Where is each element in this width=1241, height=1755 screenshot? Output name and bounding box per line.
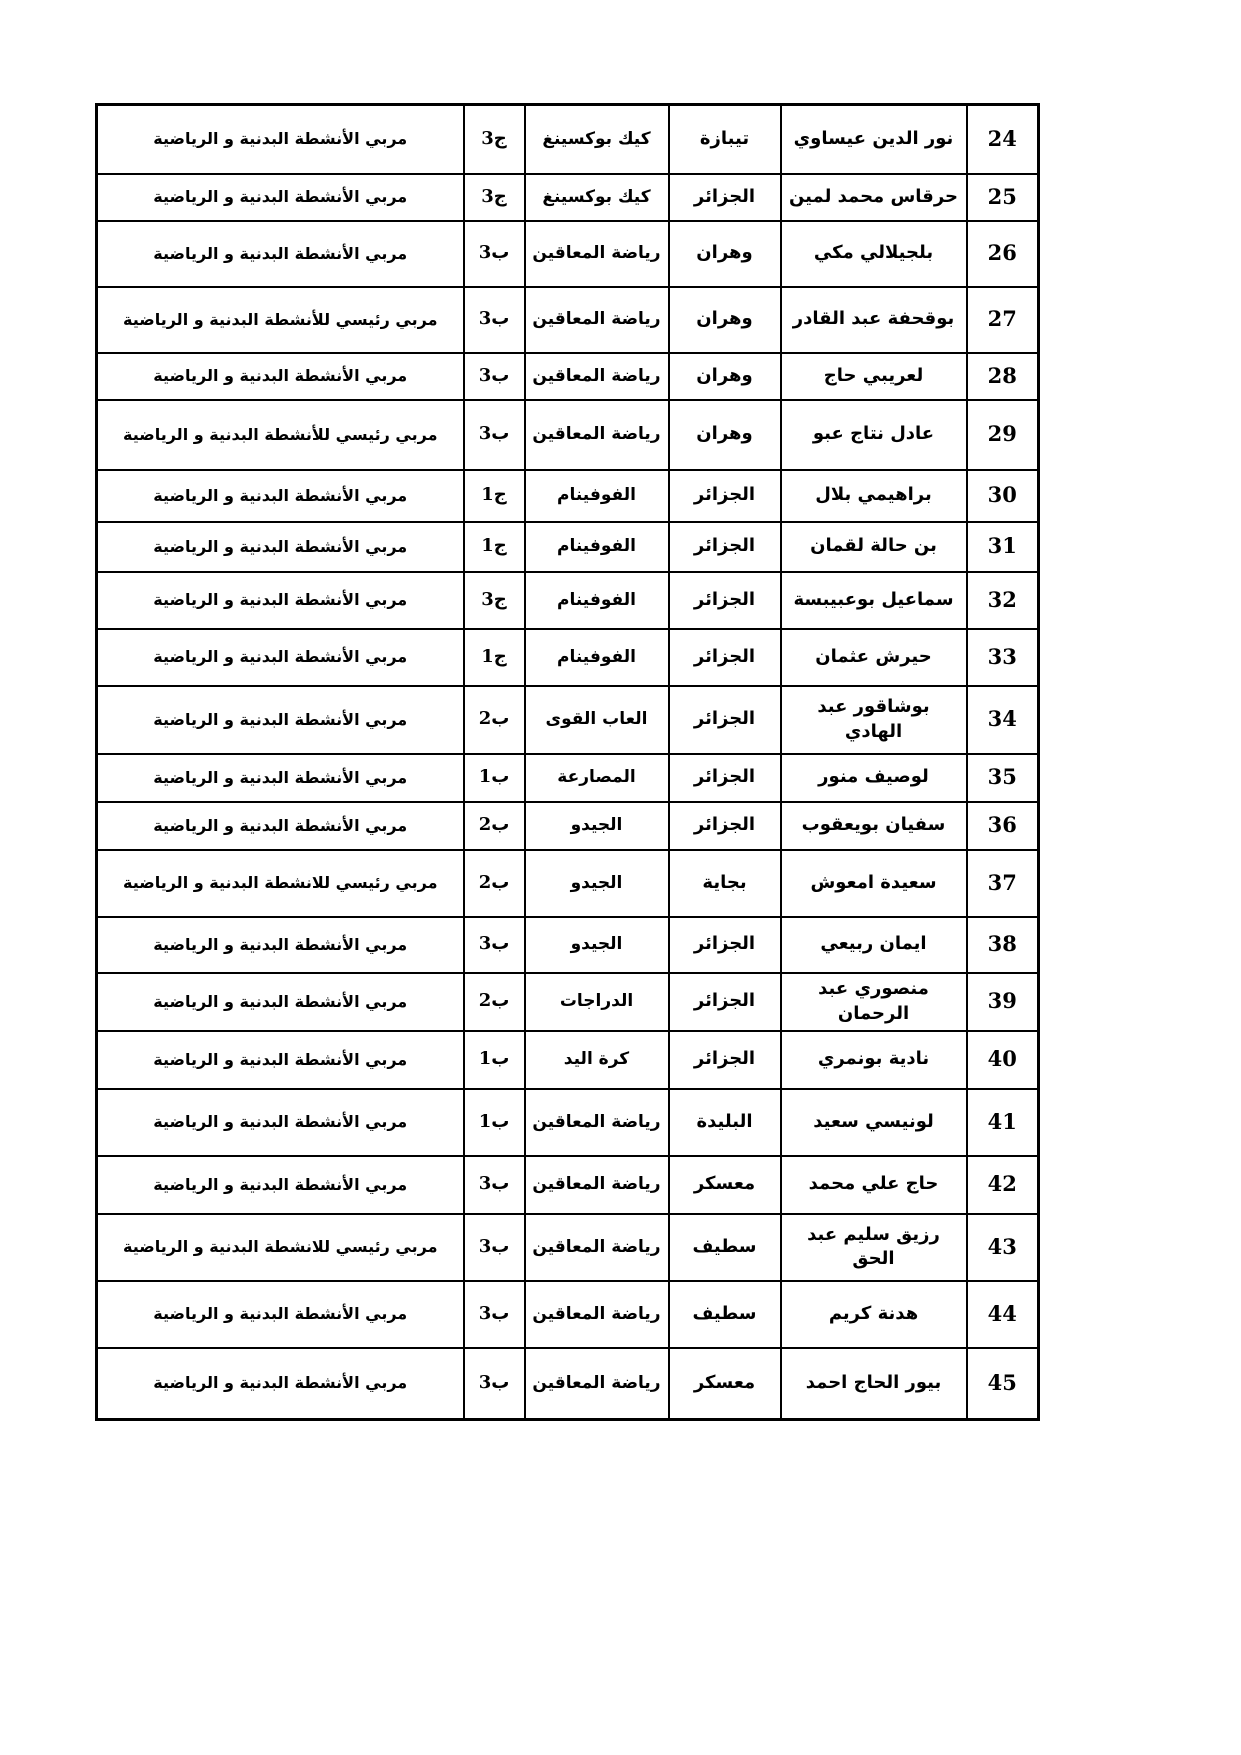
table-row: 33 حيرش عثمان الجزائر الفوفينام ج1 مربي …: [97, 629, 1039, 686]
grade-cell: ج1: [464, 470, 525, 522]
job-title-cell: مربي الأنشطة البدنية و الرياضية: [97, 572, 464, 629]
sport-cell: الدراجات: [525, 973, 669, 1031]
name-cell: نادية بونمري: [781, 1031, 967, 1089]
sport-cell: رياضة المعاقين: [525, 1156, 669, 1214]
wilaya-cell: تيبازة: [669, 105, 781, 174]
name-cell: منصوري عبد الرحمان: [781, 973, 967, 1031]
row-number-cell: 26: [967, 221, 1039, 287]
wilaya-cell: الجزائر: [669, 1031, 781, 1089]
name-cell: سفيان بويعقوب: [781, 802, 967, 850]
row-number-cell: 45: [967, 1348, 1039, 1420]
sport-cell: الفوفينام: [525, 572, 669, 629]
sport-cell: الجيدو: [525, 802, 669, 850]
job-title-cell: مربي الأنشطة البدنية و الرياضية: [97, 802, 464, 850]
job-title-cell: مربي الأنشطة البدنية و الرياضية: [97, 353, 464, 400]
wilaya-cell: الجزائر: [669, 470, 781, 522]
wilaya-cell: الجزائر: [669, 802, 781, 850]
job-title-cell: مربي رئيسي للانشطة البدنية و الرياضية: [97, 1214, 464, 1281]
row-number-cell: 34: [967, 686, 1039, 754]
row-number-cell: 43: [967, 1214, 1039, 1281]
grade-cell: ب3: [464, 1281, 525, 1348]
sport-cell: رياضة المعاقين: [525, 1089, 669, 1156]
grade-cell: ج3: [464, 572, 525, 629]
document-page: 24 نور الدين عيساوي تيبازة كيك بوكسينغ ج…: [0, 0, 1241, 1755]
job-title-cell: مربي الأنشطة البدنية و الرياضية: [97, 973, 464, 1031]
wilaya-cell: الجزائر: [669, 629, 781, 686]
job-title-cell: مربي الأنشطة البدنية و الرياضية: [97, 522, 464, 572]
grade-cell: ب3: [464, 1214, 525, 1281]
row-number-cell: 33: [967, 629, 1039, 686]
sport-cell: المصارعة: [525, 754, 669, 802]
name-cell: براهيمي بلال: [781, 470, 967, 522]
sport-cell: الفوفينام: [525, 629, 669, 686]
wilaya-cell: الجزائر: [669, 572, 781, 629]
grade-cell: ب3: [464, 221, 525, 287]
table-row: 45 بيور الحاج احمد معسكر رياضة المعاقين …: [97, 1348, 1039, 1420]
grade-cell: ب2: [464, 973, 525, 1031]
row-number-cell: 25: [967, 174, 1039, 221]
wilaya-cell: معسكر: [669, 1348, 781, 1420]
table-row: 34 بوشاقور عبد الهادي الجزائر العاب القو…: [97, 686, 1039, 754]
table-row: 37 سعيدة امعوش بجاية الجيدو ب2 مربي رئيس…: [97, 850, 1039, 917]
sport-cell: العاب القوى: [525, 686, 669, 754]
sport-cell: رياضة المعاقين: [525, 353, 669, 400]
sport-cell: رياضة المعاقين: [525, 1214, 669, 1281]
row-number-cell: 42: [967, 1156, 1039, 1214]
row-number-cell: 36: [967, 802, 1039, 850]
row-number-cell: 28: [967, 353, 1039, 400]
grade-cell: ب1: [464, 1031, 525, 1089]
job-title-cell: مربي الأنشطة البدنية و الرياضية: [97, 917, 464, 973]
row-number-cell: 32: [967, 572, 1039, 629]
name-cell: لونيسي سعيد: [781, 1089, 967, 1156]
grade-cell: ب1: [464, 754, 525, 802]
sport-cell: كرة اليد: [525, 1031, 669, 1089]
name-cell: سعيدة امعوش: [781, 850, 967, 917]
wilaya-cell: وهران: [669, 353, 781, 400]
sport-cell: رياضة المعاقين: [525, 287, 669, 353]
row-number-cell: 24: [967, 105, 1039, 174]
grade-cell: ج1: [464, 522, 525, 572]
table-row: 31 بن حالة لقمان الجزائر الفوفينام ج1 مر…: [97, 522, 1039, 572]
grade-cell: ب3: [464, 400, 525, 470]
row-number-cell: 37: [967, 850, 1039, 917]
grade-cell: ب3: [464, 917, 525, 973]
table-body: 24 نور الدين عيساوي تيبازة كيك بوكسينغ ج…: [97, 105, 1039, 1420]
row-number-cell: 44: [967, 1281, 1039, 1348]
table-row: 39 منصوري عبد الرحمان الجزائر الدراجات ب…: [97, 973, 1039, 1031]
table-row: 28 لعريبي حاج وهران رياضة المعاقين ب3 مر…: [97, 353, 1039, 400]
sport-cell: الجيدو: [525, 917, 669, 973]
grade-cell: ب2: [464, 802, 525, 850]
grade-cell: ب3: [464, 1348, 525, 1420]
name-cell: حرقاس محمد لمين: [781, 174, 967, 221]
table-row: 41 لونيسي سعيد البليدة رياضة المعاقين ب1…: [97, 1089, 1039, 1156]
table-row: 36 سفيان بويعقوب الجزائر الجيدو ب2 مربي …: [97, 802, 1039, 850]
grade-cell: ج3: [464, 174, 525, 221]
grade-cell: ج3: [464, 105, 525, 174]
sport-cell: الفوفينام: [525, 522, 669, 572]
grade-cell: ب3: [464, 353, 525, 400]
wilaya-cell: الجزائر: [669, 917, 781, 973]
name-cell: بيور الحاج احمد: [781, 1348, 967, 1420]
grade-cell: ب2: [464, 686, 525, 754]
table-row: 26 بلجيلالي مكي وهران رياضة المعاقين ب3 …: [97, 221, 1039, 287]
sport-cell: كيك بوكسينغ: [525, 174, 669, 221]
table-row: 42 حاج علي محمد معسكر رياضة المعاقين ب3 …: [97, 1156, 1039, 1214]
grade-cell: ب3: [464, 287, 525, 353]
row-number-cell: 27: [967, 287, 1039, 353]
wilaya-cell: الجزائر: [669, 686, 781, 754]
name-cell: حيرش عثمان: [781, 629, 967, 686]
grade-cell: ب3: [464, 1156, 525, 1214]
name-cell: بوشاقور عبد الهادي: [781, 686, 967, 754]
grade-cell: ب1: [464, 1089, 525, 1156]
name-cell: هدنة كريم: [781, 1281, 967, 1348]
wilaya-cell: الجزائر: [669, 522, 781, 572]
wilaya-cell: الجزائر: [669, 174, 781, 221]
table-row: 35 لوصيف منور الجزائر المصارعة ب1 مربي ا…: [97, 754, 1039, 802]
grade-cell: ب2: [464, 850, 525, 917]
name-cell: لعريبي حاج: [781, 353, 967, 400]
sport-cell: رياضة المعاقين: [525, 221, 669, 287]
job-title-cell: مربي رئيسي للأنشطة البدنية و الرياضية: [97, 400, 464, 470]
table-row: 38 ايمان ربيعي الجزائر الجيدو ب3 مربي ال…: [97, 917, 1039, 973]
row-number-cell: 41: [967, 1089, 1039, 1156]
name-cell: نور الدين عيساوي: [781, 105, 967, 174]
job-title-cell: مربي الأنشطة البدنية و الرياضية: [97, 1281, 464, 1348]
row-number-cell: 31: [967, 522, 1039, 572]
sport-cell: الجيدو: [525, 850, 669, 917]
staff-registry-table: 24 نور الدين عيساوي تيبازة كيك بوكسينغ ج…: [95, 103, 1040, 1421]
wilaya-cell: بجاية: [669, 850, 781, 917]
name-cell: سماعيل بوعبيبسة: [781, 572, 967, 629]
table-row: 24 نور الدين عيساوي تيبازة كيك بوكسينغ ج…: [97, 105, 1039, 174]
job-title-cell: مربي الأنشطة البدنية و الرياضية: [97, 1348, 464, 1420]
name-cell: حاج علي محمد: [781, 1156, 967, 1214]
wilaya-cell: وهران: [669, 287, 781, 353]
table-row: 44 هدنة كريم سطيف رياضة المعاقين ب3 مربي…: [97, 1281, 1039, 1348]
name-cell: ايمان ربيعي: [781, 917, 967, 973]
sport-cell: رياضة المعاقين: [525, 400, 669, 470]
table-row: 30 براهيمي بلال الجزائر الفوفينام ج1 مرب…: [97, 470, 1039, 522]
table-row: 25 حرقاس محمد لمين الجزائر كيك بوكسينغ ج…: [97, 174, 1039, 221]
wilaya-cell: البليدة: [669, 1089, 781, 1156]
name-cell: بوقحفة عبد القادر: [781, 287, 967, 353]
job-title-cell: مربي الأنشطة البدنية و الرياضية: [97, 470, 464, 522]
job-title-cell: مربي الأنشطة البدنية و الرياضية: [97, 221, 464, 287]
table-row: 32 سماعيل بوعبيبسة الجزائر الفوفينام ج3 …: [97, 572, 1039, 629]
row-number-cell: 39: [967, 973, 1039, 1031]
job-title-cell: مربي الأنشطة البدنية و الرياضية: [97, 1156, 464, 1214]
wilaya-cell: سطيف: [669, 1214, 781, 1281]
name-cell: لوصيف منور: [781, 754, 967, 802]
job-title-cell: مربي الأنشطة البدنية و الرياضية: [97, 686, 464, 754]
job-title-cell: مربي الأنشطة البدنية و الرياضية: [97, 174, 464, 221]
job-title-cell: مربي الأنشطة البدنية و الرياضية: [97, 1031, 464, 1089]
table-row: 40 نادية بونمري الجزائر كرة اليد ب1 مربي…: [97, 1031, 1039, 1089]
name-cell: رزيق سليم عبد الحق: [781, 1214, 967, 1281]
job-title-cell: مربي رئيسي للانشطة البدنية و الرياضية: [97, 850, 464, 917]
job-title-cell: مربي رئيسي للأنشطة البدنية و الرياضية: [97, 287, 464, 353]
row-number-cell: 30: [967, 470, 1039, 522]
name-cell: عادل نتاج عبو: [781, 400, 967, 470]
wilaya-cell: الجزائر: [669, 754, 781, 802]
sport-cell: رياضة المعاقين: [525, 1281, 669, 1348]
name-cell: بن حالة لقمان: [781, 522, 967, 572]
sport-cell: رياضة المعاقين: [525, 1348, 669, 1420]
wilaya-cell: معسكر: [669, 1156, 781, 1214]
sport-cell: كيك بوكسينغ: [525, 105, 669, 174]
job-title-cell: مربي الأنشطة البدنية و الرياضية: [97, 1089, 464, 1156]
job-title-cell: مربي الأنشطة البدنية و الرياضية: [97, 754, 464, 802]
table-row: 29 عادل نتاج عبو وهران رياضة المعاقين ب3…: [97, 400, 1039, 470]
row-number-cell: 40: [967, 1031, 1039, 1089]
row-number-cell: 35: [967, 754, 1039, 802]
table-row: 43 رزيق سليم عبد الحق سطيف رياضة المعاقي…: [97, 1214, 1039, 1281]
name-cell: بلجيلالي مكي: [781, 221, 967, 287]
job-title-cell: مربي الأنشطة البدنية و الرياضية: [97, 105, 464, 174]
sport-cell: الفوفينام: [525, 470, 669, 522]
wilaya-cell: سطيف: [669, 1281, 781, 1348]
wilaya-cell: وهران: [669, 400, 781, 470]
job-title-cell: مربي الأنشطة البدنية و الرياضية: [97, 629, 464, 686]
grade-cell: ج1: [464, 629, 525, 686]
table-row: 27 بوقحفة عبد القادر وهران رياضة المعاقي…: [97, 287, 1039, 353]
wilaya-cell: وهران: [669, 221, 781, 287]
wilaya-cell: الجزائر: [669, 973, 781, 1031]
row-number-cell: 29: [967, 400, 1039, 470]
row-number-cell: 38: [967, 917, 1039, 973]
